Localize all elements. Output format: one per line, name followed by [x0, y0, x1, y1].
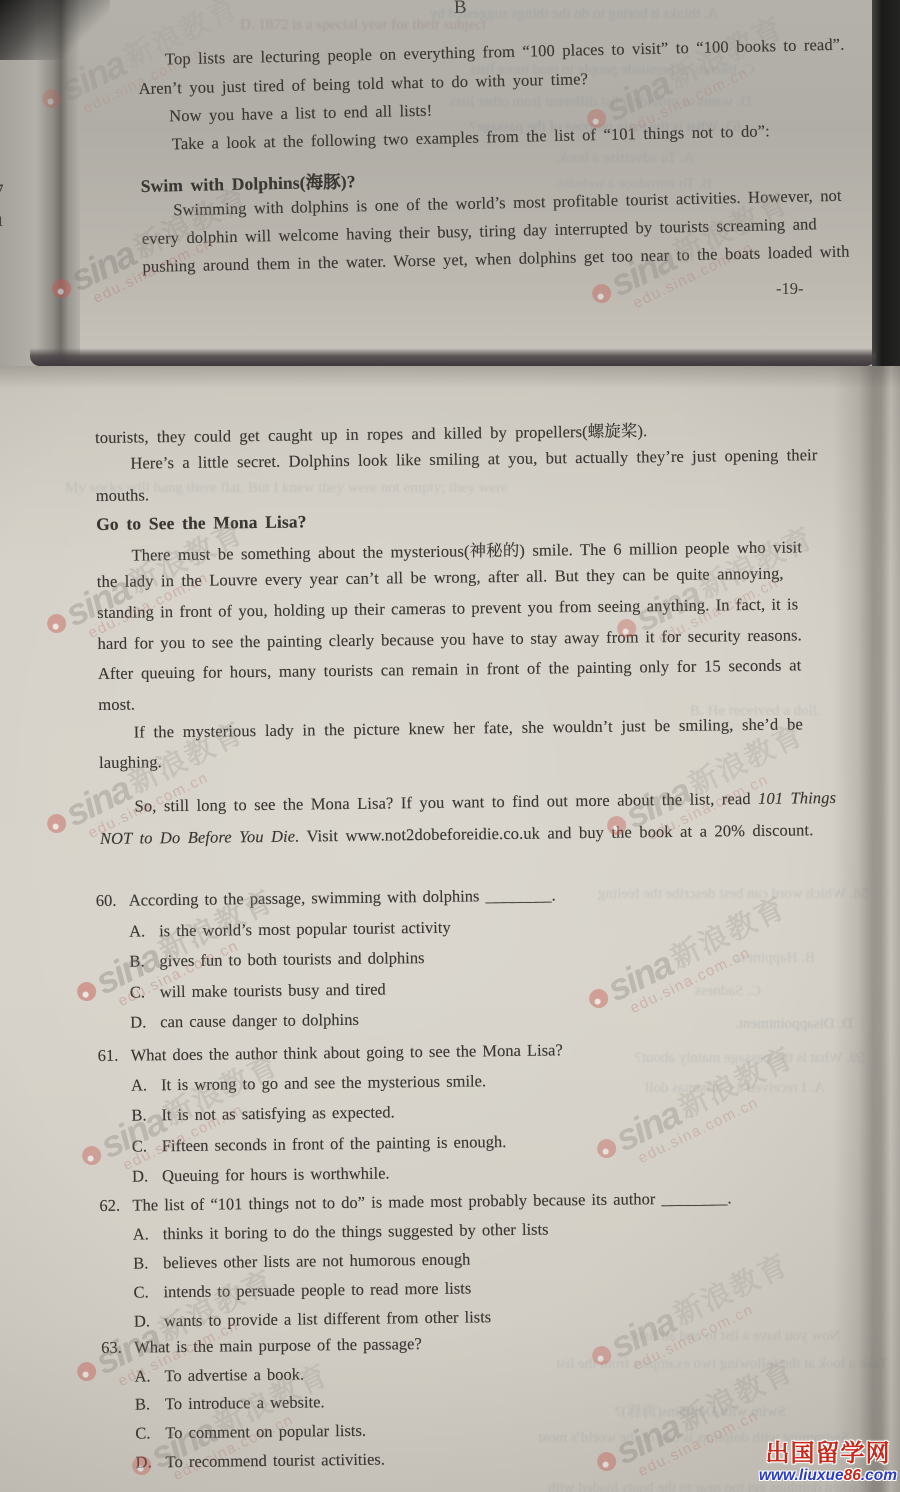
option-label: C. — [130, 977, 160, 1008]
book-title-italic: 101 Things — [758, 788, 836, 808]
book-bottom-edge — [30, 348, 876, 366]
question-block-63: 63. What is the main purpose of the pass… — [101, 1330, 423, 1477]
option-text: thinks it boring to do the things sugges… — [163, 1215, 549, 1249]
bleedthrough-text: A. To advertise a book. — [555, 150, 694, 167]
option-row: D.To recommend tourist activities. — [135, 1445, 423, 1477]
option-row: A.To advertise a book. — [134, 1359, 422, 1391]
option-label: A. — [134, 1362, 164, 1391]
option-label: B. — [133, 1248, 163, 1277]
question-block-62: 62. The list of “101 things not to do” i… — [99, 1183, 733, 1336]
passage-line: Here’s a little secret. Dolphins look li… — [130, 445, 817, 473]
bleedthrough-text: 58. Which word can best describe the fee… — [598, 886, 868, 903]
url-number: 86 — [844, 1467, 861, 1484]
question-text: What is the main purpose of the passage? — [134, 1330, 422, 1362]
book-title-italic: NOT to Do Before You Die. — [100, 827, 300, 848]
option-row: B.To introduce a website. — [135, 1387, 423, 1419]
option-text: It is wrong to go and see the mysterious… — [161, 1066, 486, 1100]
bleedthrough-text: Swim with Dolphins(海豚)? — [615, 1400, 786, 1421]
option-text: To introduce a website. — [165, 1389, 325, 1420]
option-label: D. — [132, 1161, 162, 1192]
mona-lisa-heading: Go to See the Mona Lisa? — [96, 511, 307, 535]
liuxue86-site-url: www.liuxue86.com — [756, 1467, 900, 1484]
option-row: C.Fifteen seconds in front of the painti… — [132, 1126, 564, 1161]
passage-line: There must be something about the myster… — [131, 533, 802, 565]
option-text: Queuing for hours is worthwhile. — [162, 1158, 390, 1191]
bleedthrough-text: B. Happiness — [735, 950, 815, 967]
bleedthrough-text: C. Sadness — [695, 983, 761, 1000]
scanned-exam-page: 7 1 B Top lists are lecturing people on … — [0, 0, 900, 1492]
option-label: D. — [130, 1008, 160, 1039]
option-label: C. — [135, 1419, 165, 1448]
passage-line: After queuing for hours, many tourists c… — [98, 655, 802, 684]
option-text: believes other lists are not humorous en… — [163, 1244, 470, 1277]
option-label: D. — [134, 1306, 164, 1335]
question-text: According to the passage, swimming with … — [129, 880, 556, 916]
option-text: It is not as satisfying as expected. — [161, 1098, 395, 1131]
passage-line: NOT to Do Before You Die. Visit www.not2… — [100, 820, 814, 849]
bleedthrough-text: A. I received a Christmas doll — [645, 1080, 825, 1097]
option-label: A. — [129, 916, 159, 947]
option-text: gives fun to both tourists and dolphins — [159, 943, 424, 977]
option-label: B. — [129, 946, 159, 977]
bleedthrough-text: B. He received a doll. — [690, 703, 821, 720]
option-text: To comment on popular lists. — [165, 1417, 366, 1448]
option-row: D.can cause danger to dolphins — [130, 1003, 557, 1039]
question-stem: 63. What is the main purpose of the pass… — [101, 1330, 422, 1363]
question-stem: 60. According to the passage, swimming w… — [96, 880, 556, 916]
passage-line: tourists, they could get caught up in ro… — [95, 417, 648, 448]
conclusion-text: Visit www.not2dobeforeidie.co.uk and buy… — [299, 820, 813, 845]
question-block-61: 61. What does the author think about goi… — [97, 1035, 564, 1192]
option-label: C. — [133, 1277, 163, 1306]
bottom-text-block: tourists, they could get caught up in ro… — [0, 0, 900, 1492]
conclusion-text: So, still long to see the Mona Lisa? If … — [134, 789, 758, 816]
passage-line: laughing. — [99, 752, 162, 773]
option-text: will make tourists busy and tired — [160, 974, 386, 1007]
option-label: B. — [131, 1101, 161, 1132]
option-text: To advertise a book. — [164, 1360, 304, 1390]
passage-line: most. — [98, 695, 135, 715]
bleedthrough-text: D. 1872 is a special year for their subj… — [240, 17, 486, 34]
passage-line: hard for you to see the painting clearly… — [97, 625, 801, 654]
option-label: D. — [135, 1448, 165, 1477]
option-label: A. — [131, 1070, 161, 1101]
liuxue86-badge: 出国留学网 www.liuxue86.com — [756, 1441, 900, 1484]
option-label: A. — [133, 1219, 163, 1248]
passage-line: standing in front of you, holding up the… — [97, 594, 798, 623]
option-text: can cause danger to dolphins — [160, 1005, 359, 1038]
question-block-60: 60. According to the passage, swimming w… — [96, 880, 558, 1039]
question-number: 60. — [96, 886, 129, 917]
bleedthrough-text: Now you have a list to end all lists! — [628, 1328, 840, 1345]
bleedthrough-text: 59. What is the passage mainly about? — [635, 1050, 865, 1067]
question-number: 62. — [99, 1191, 132, 1220]
question-stem: 61. What does the author think about goi… — [97, 1035, 562, 1071]
bleedthrough-text: D. wants to provide a list different fro… — [450, 94, 751, 111]
option-text: To recommend tourist activities. — [165, 1445, 385, 1476]
question-number: 61. — [97, 1041, 130, 1072]
url-prefix: www.liuxue — [759, 1467, 844, 1484]
question-number: 63. — [101, 1334, 134, 1363]
liuxue86-site-name: 出国留学网 — [756, 1441, 900, 1467]
question-text: What does the author think about going t… — [130, 1035, 562, 1070]
option-text: intends to persuade people to read more … — [163, 1273, 471, 1306]
url-suffix: .com — [861, 1467, 897, 1484]
bleedthrough-text: C. intends to persuade people to read mo… — [470, 62, 755, 79]
passage-line: So, still long to see the Mona Lisa? If … — [134, 788, 836, 817]
option-label: C. — [132, 1131, 162, 1162]
bleedthrough-text: 63. What is the main purpose of the pass… — [470, 119, 741, 136]
bleedthrough-text: B. To introduce a website. — [555, 176, 712, 193]
option-text: Fifteen seconds in front of the painting… — [162, 1127, 507, 1161]
bleedthrough-text: My socks will hang there flat. But I kne… — [65, 480, 508, 497]
passage-line: the lady in the Louvre every year can’t … — [97, 564, 784, 592]
option-label: B. — [135, 1391, 165, 1420]
page-curl-shadow — [833, 366, 900, 1492]
option-row: C.To comment on popular lists. — [135, 1416, 423, 1448]
option-text: is the world’s most popular tourist acti… — [159, 912, 451, 946]
